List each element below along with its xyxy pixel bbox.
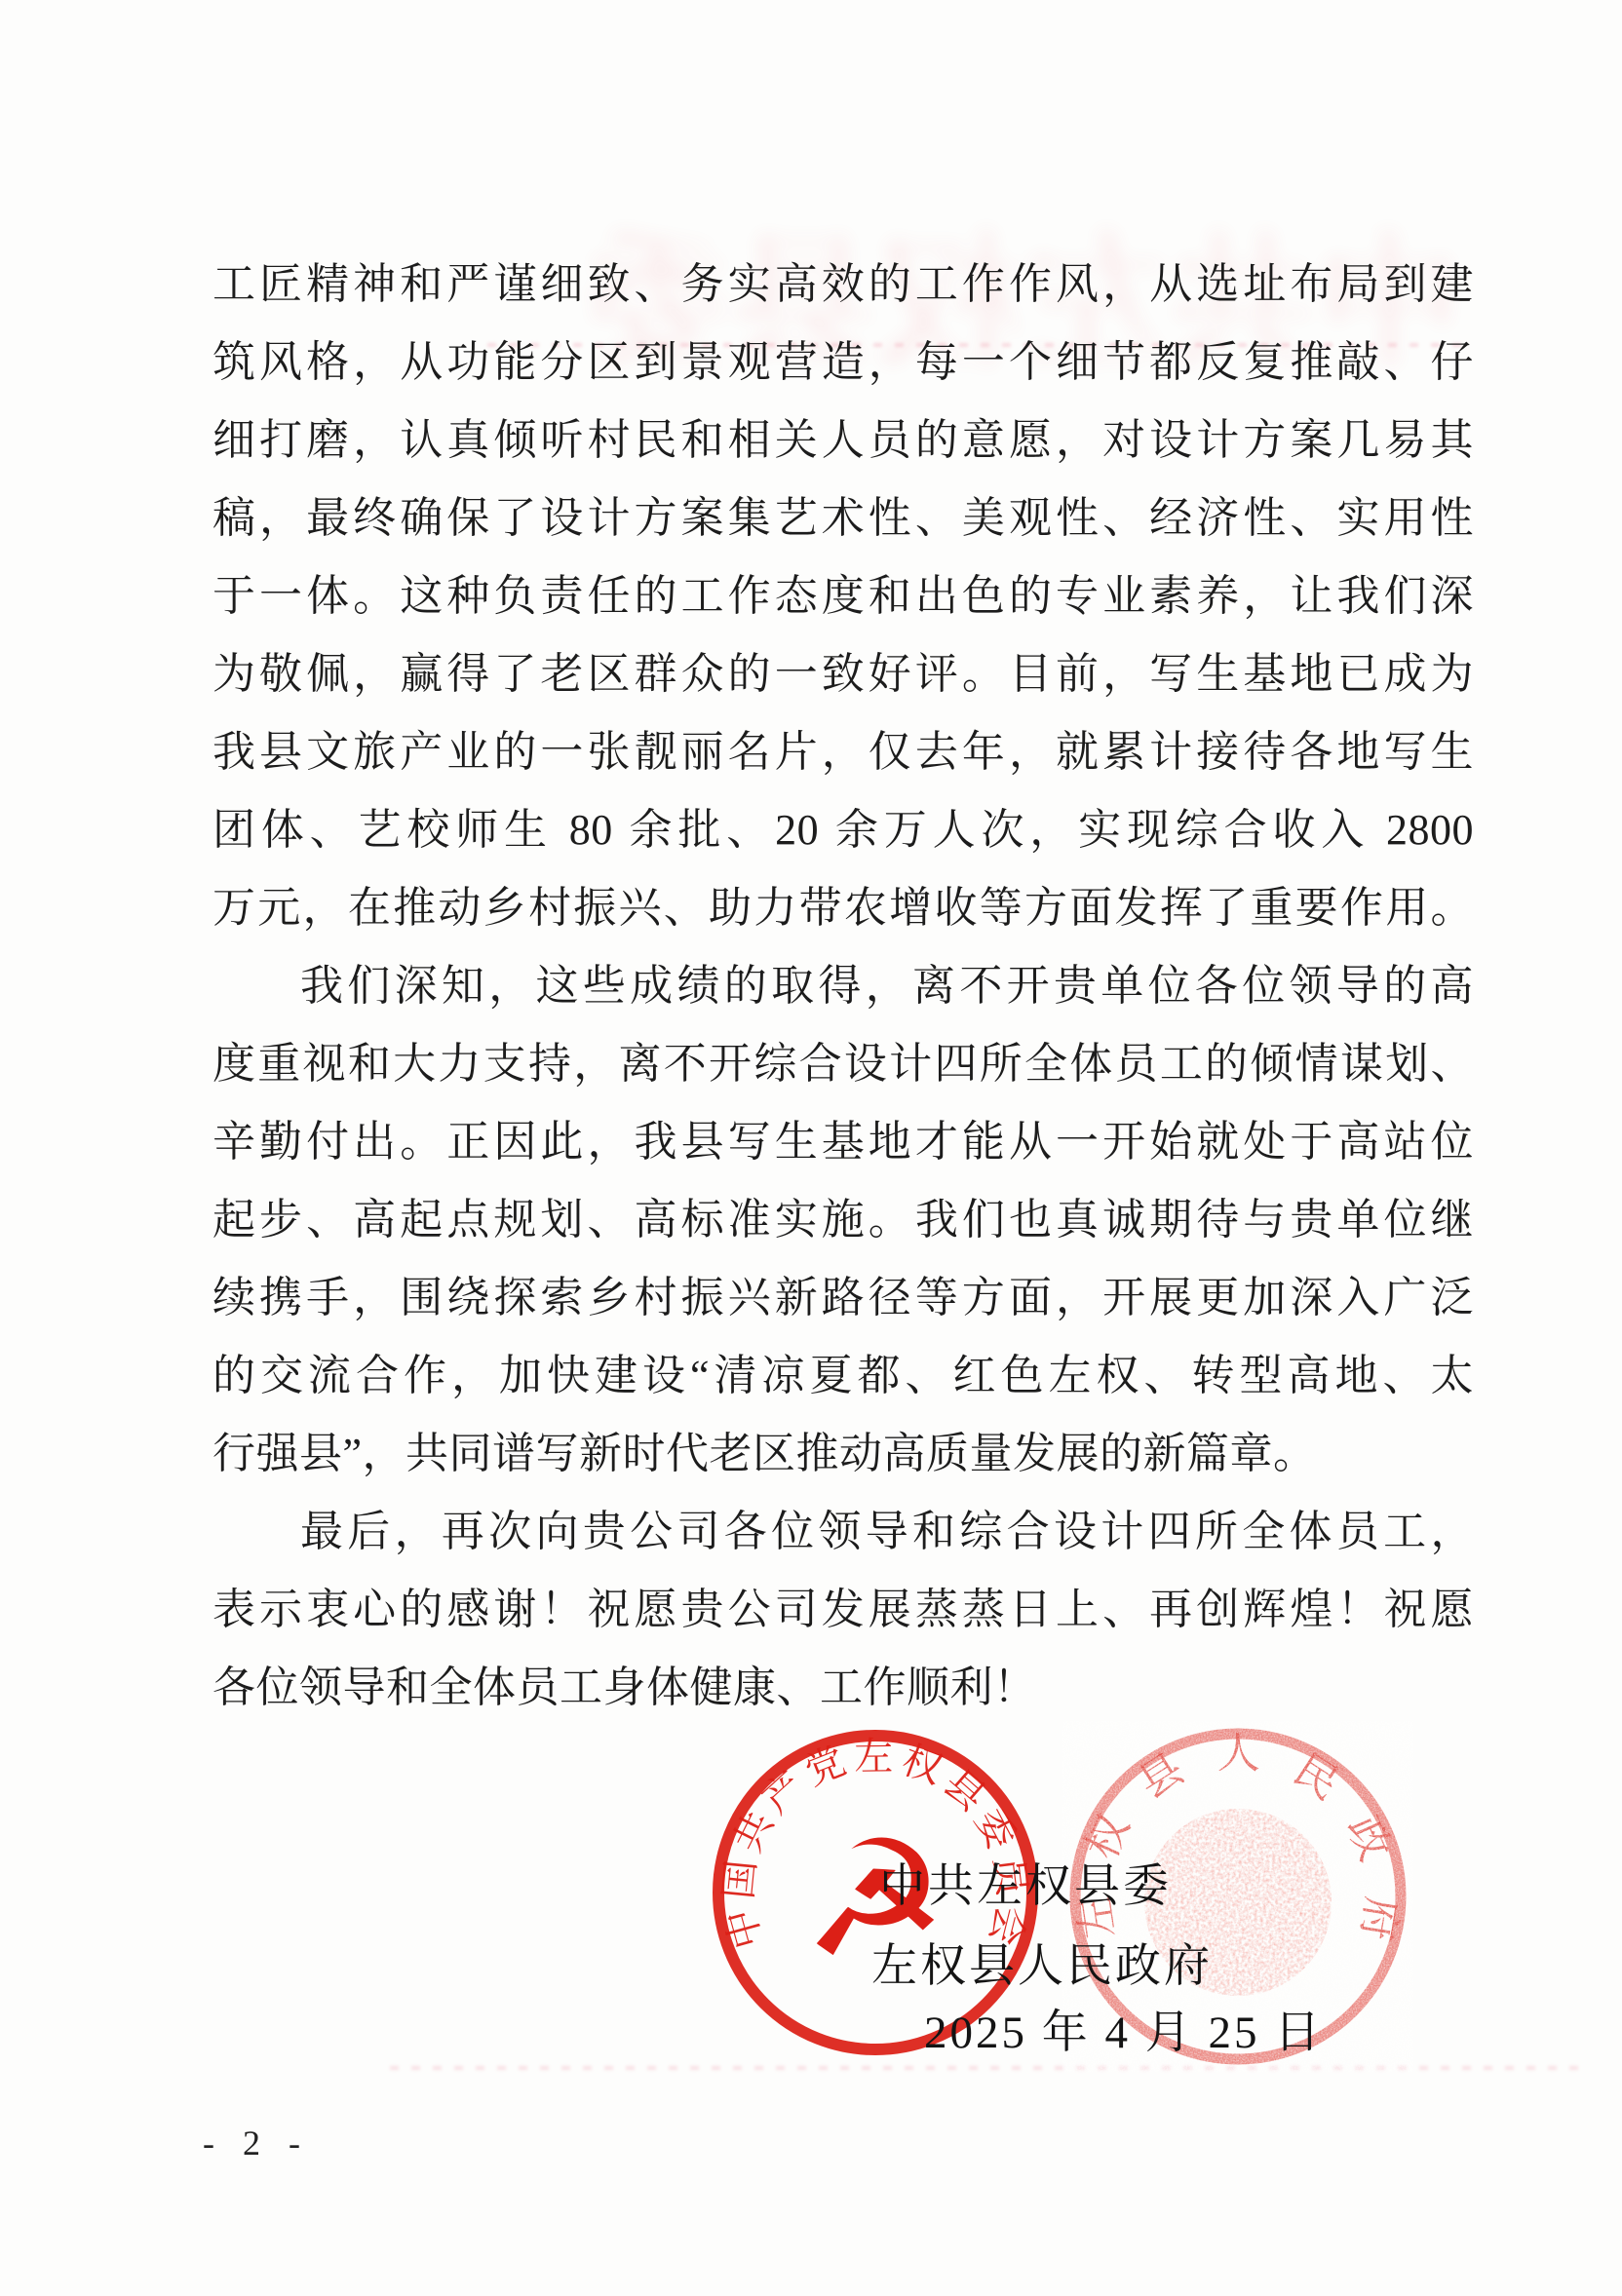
body-line: 稿，最终确保了设计方案集艺术性、美观性、经济性、实用性 (212, 479, 1474, 557)
signature-government: 左权县人民政府 (871, 1930, 1213, 1995)
body-line-paragraph-start: 最后，再次向贵公司各位领导和综合设计四所全体员工， (212, 1493, 1474, 1571)
signature-party-committee: 中共左权县委 (879, 1850, 1172, 1915)
body-line-paragraph-start: 我们深知，这些成绩的取得，离不开贵单位各位领导的高 (212, 947, 1474, 1025)
body-line-paragraph-end: 行强县”，共同谱写新时代老区推动高质量发展的新篇章。 (212, 1415, 1474, 1493)
body-line: 团体、艺校师生 80 余批、20 余万人次，实现综合收入 2800 (212, 791, 1474, 869)
body-line: 表示衷心的感谢！祝愿贵公司发展蒸蒸日上、再创辉煌！祝愿 (212, 1571, 1474, 1649)
body-line: 度重视和大力支持，离不开综合设计四所全体员工的倾情谋划、 (212, 1025, 1474, 1103)
body-line: 筑风格，从功能分区到景观营造，每一个细节都反复推敲、仔 (212, 324, 1474, 402)
signature-date: 2025 年 4 月 25 日 (924, 1996, 1323, 2061)
body-line: 起步、高起点规划、高标准实施。我们也真诚期待与贵单位继 (212, 1181, 1474, 1259)
body-line: 的交流合作，加快建设“清凉夏都、红色左权、转型高地、太 (212, 1337, 1474, 1415)
body-line: 万元，在推动乡村振兴、助力带农增收等方面发挥了重要作用。 (212, 869, 1474, 947)
body-line: 细打磨，认真倾听村民和相关人员的意愿，对设计方案几易其 (212, 402, 1474, 479)
document-page: 中共左权县委 工匠精神和严谨细致、务实高效的工作作风，从选址布局到建 筑风格，从… (0, 0, 1622, 2296)
body-line: 续携手，围绕探索乡村振兴新路径等方面，开展更加深入广泛 (212, 1259, 1474, 1337)
body-line: 为敬佩，赢得了老区群众的一致好评。目前，写生基地已成为 (212, 635, 1474, 713)
body-line: 辛勤付出。正因此，我县写生基地才能从一开始就处于高站位 (212, 1103, 1474, 1181)
body-line: 工匠精神和严谨细致、务实高效的工作作风，从选址布局到建 (212, 246, 1474, 324)
page-number: - 2 - (203, 2123, 310, 2163)
body-line: 我县文旅产业的一张靓丽名片，仅去年，就累计接待各地写生 (212, 713, 1474, 791)
letter-body: 工匠精神和严谨细致、务实高效的工作作风，从选址布局到建 筑风格，从功能分区到景观… (212, 246, 1474, 1727)
body-line-paragraph-end: 各位领导和全体员工身体健康、工作顺利！ (212, 1649, 1474, 1727)
body-line: 于一体。这种负责任的工作态度和出色的专业素养，让我们深 (212, 557, 1474, 635)
